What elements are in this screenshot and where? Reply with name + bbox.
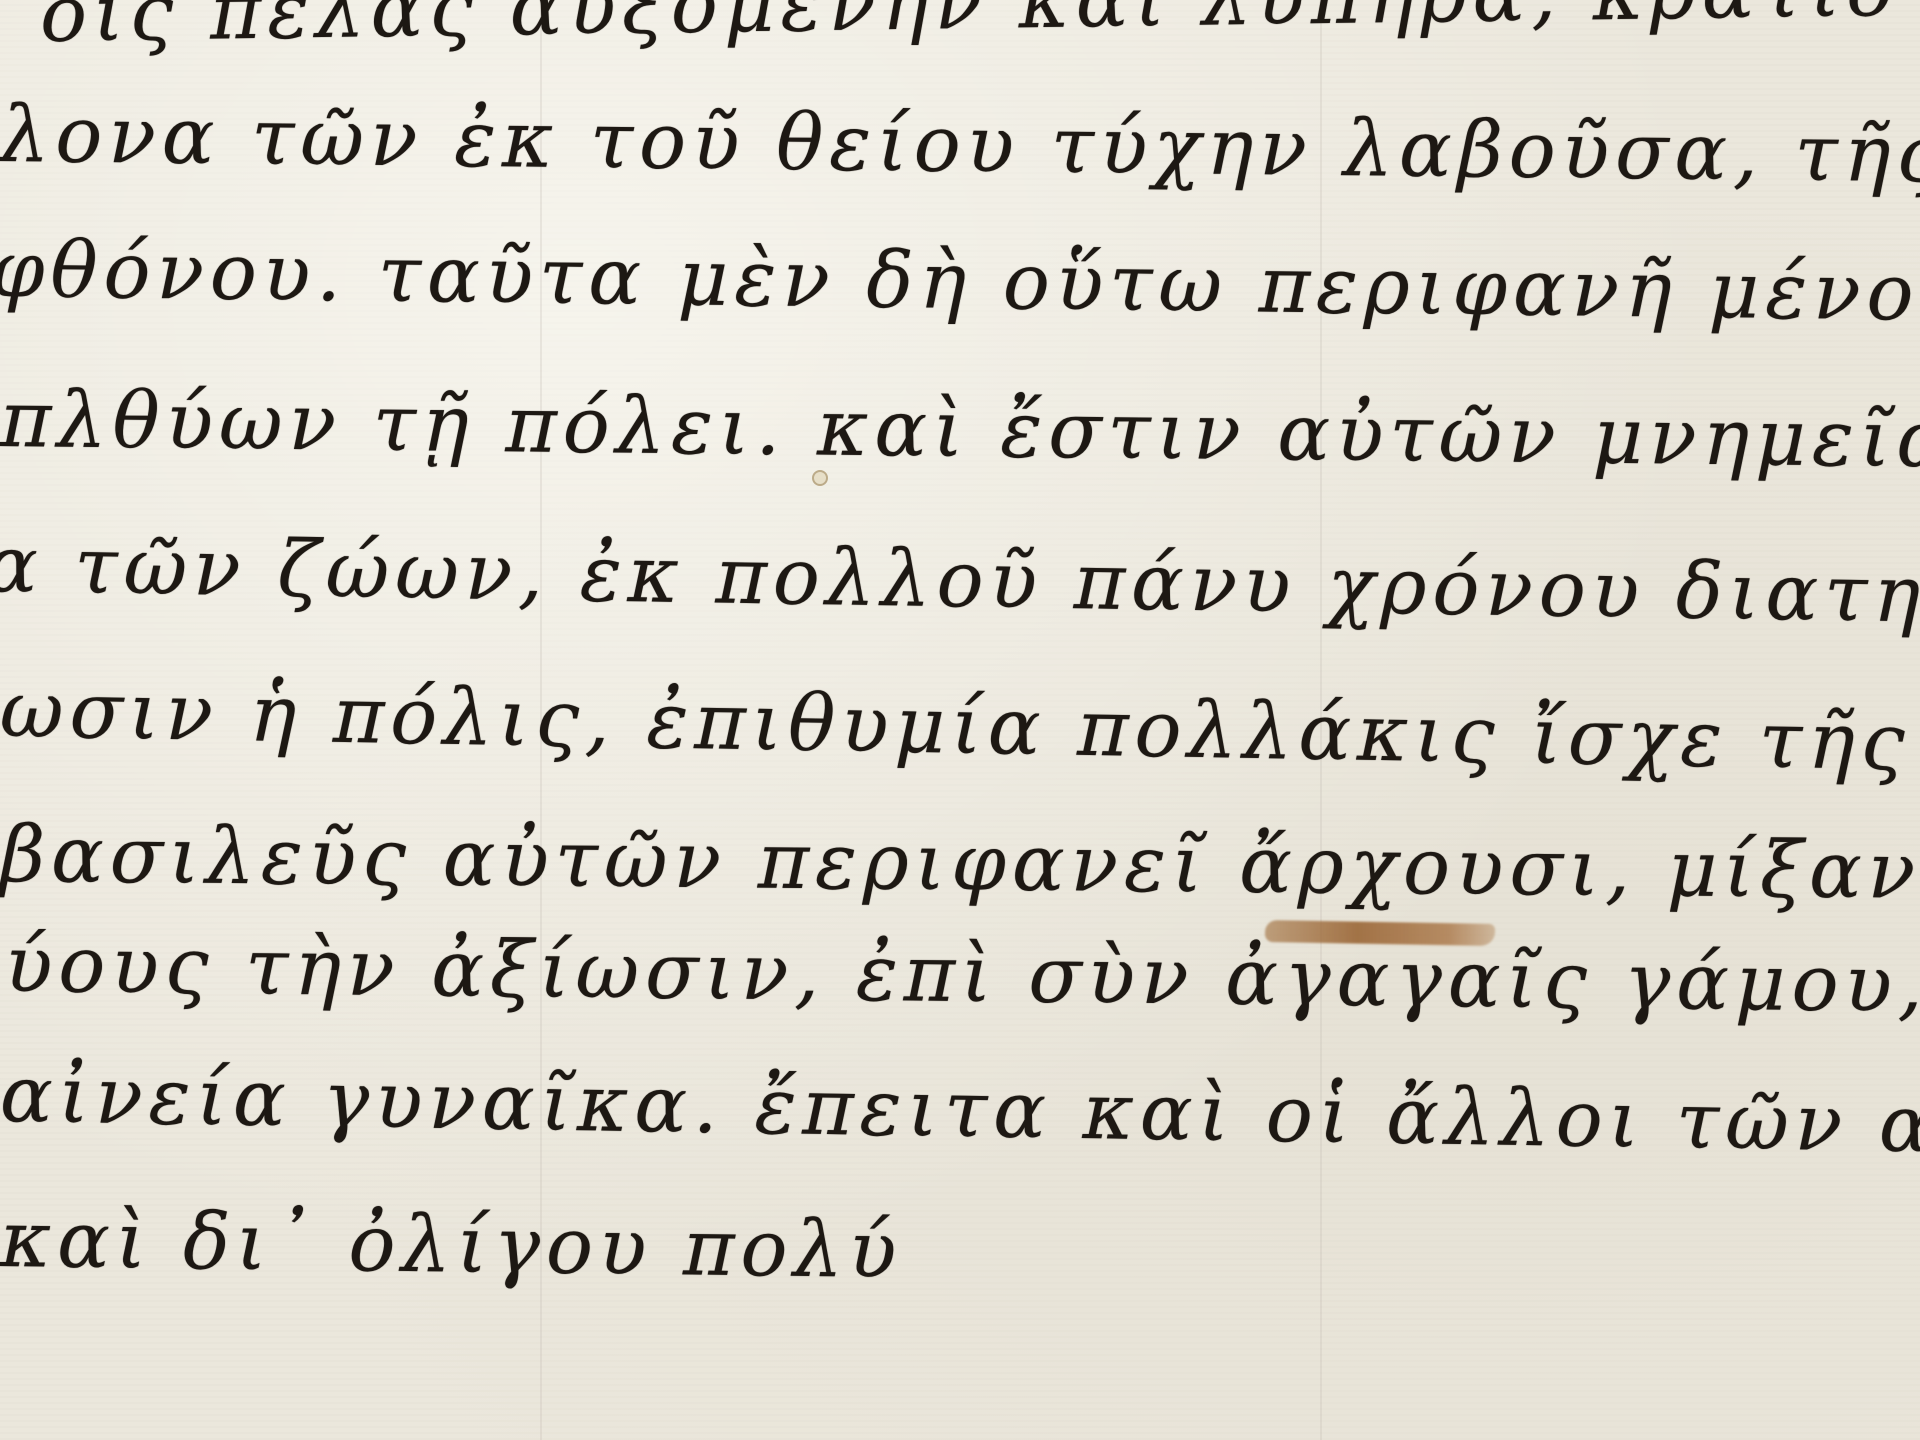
- manuscript-page: οἷς πέλας αὐξομένην καὶ λυπηρά, κρατίστα…: [0, 0, 1920, 1440]
- manuscript-line-5: α τῶν ζώων, ἐκ πολλοῦ πάνυ χρόνου διατηρ…: [0, 520, 1920, 644]
- foxing-spot: [812, 470, 828, 486]
- manuscript-line-3: φθόνου. ταῦτα μὲν δὴ οὕτω περιφανῆ μένου…: [0, 225, 1920, 341]
- manuscript-line-4: πλθύων τῇ πόλει. καὶ ἔστιν αὐτῶν μνημεῖα…: [0, 375, 1920, 488]
- brown-ink-underline: [1265, 920, 1495, 946]
- manuscript-line-7: βασιλεῦς αὐτῶν περιφανεῖ ἄρχουσι, μίξαντ…: [0, 810, 1920, 918]
- manuscript-line-10: καὶ δι᾽ ὀλίγου πολύ: [0, 1195, 903, 1296]
- manuscript-line-8: ύους τὴν ἀξίωσιν, ἐπὶ σὺν ἀγαγαῖς γάμου,…: [5, 920, 1920, 1031]
- manuscript-line-2: λονα τῶν ἐκ τοῦ θείου τύχην λαβοῦσα, τῆς…: [0, 90, 1920, 202]
- manuscript-line-6: ωσιν ἡ πόλις, ἐπιθυμία πολλάκις ἴσχε τῆς…: [0, 665, 1920, 795]
- manuscript-line-1: οἷς πέλας αὐξομένην καὶ λυπηρά, κρατίστα…: [39, 0, 1920, 60]
- manuscript-line-9: αἰνεία γυναῖκα. ἔπειτα καὶ οἱ ἄλλοι τῶν …: [0, 1050, 1920, 1176]
